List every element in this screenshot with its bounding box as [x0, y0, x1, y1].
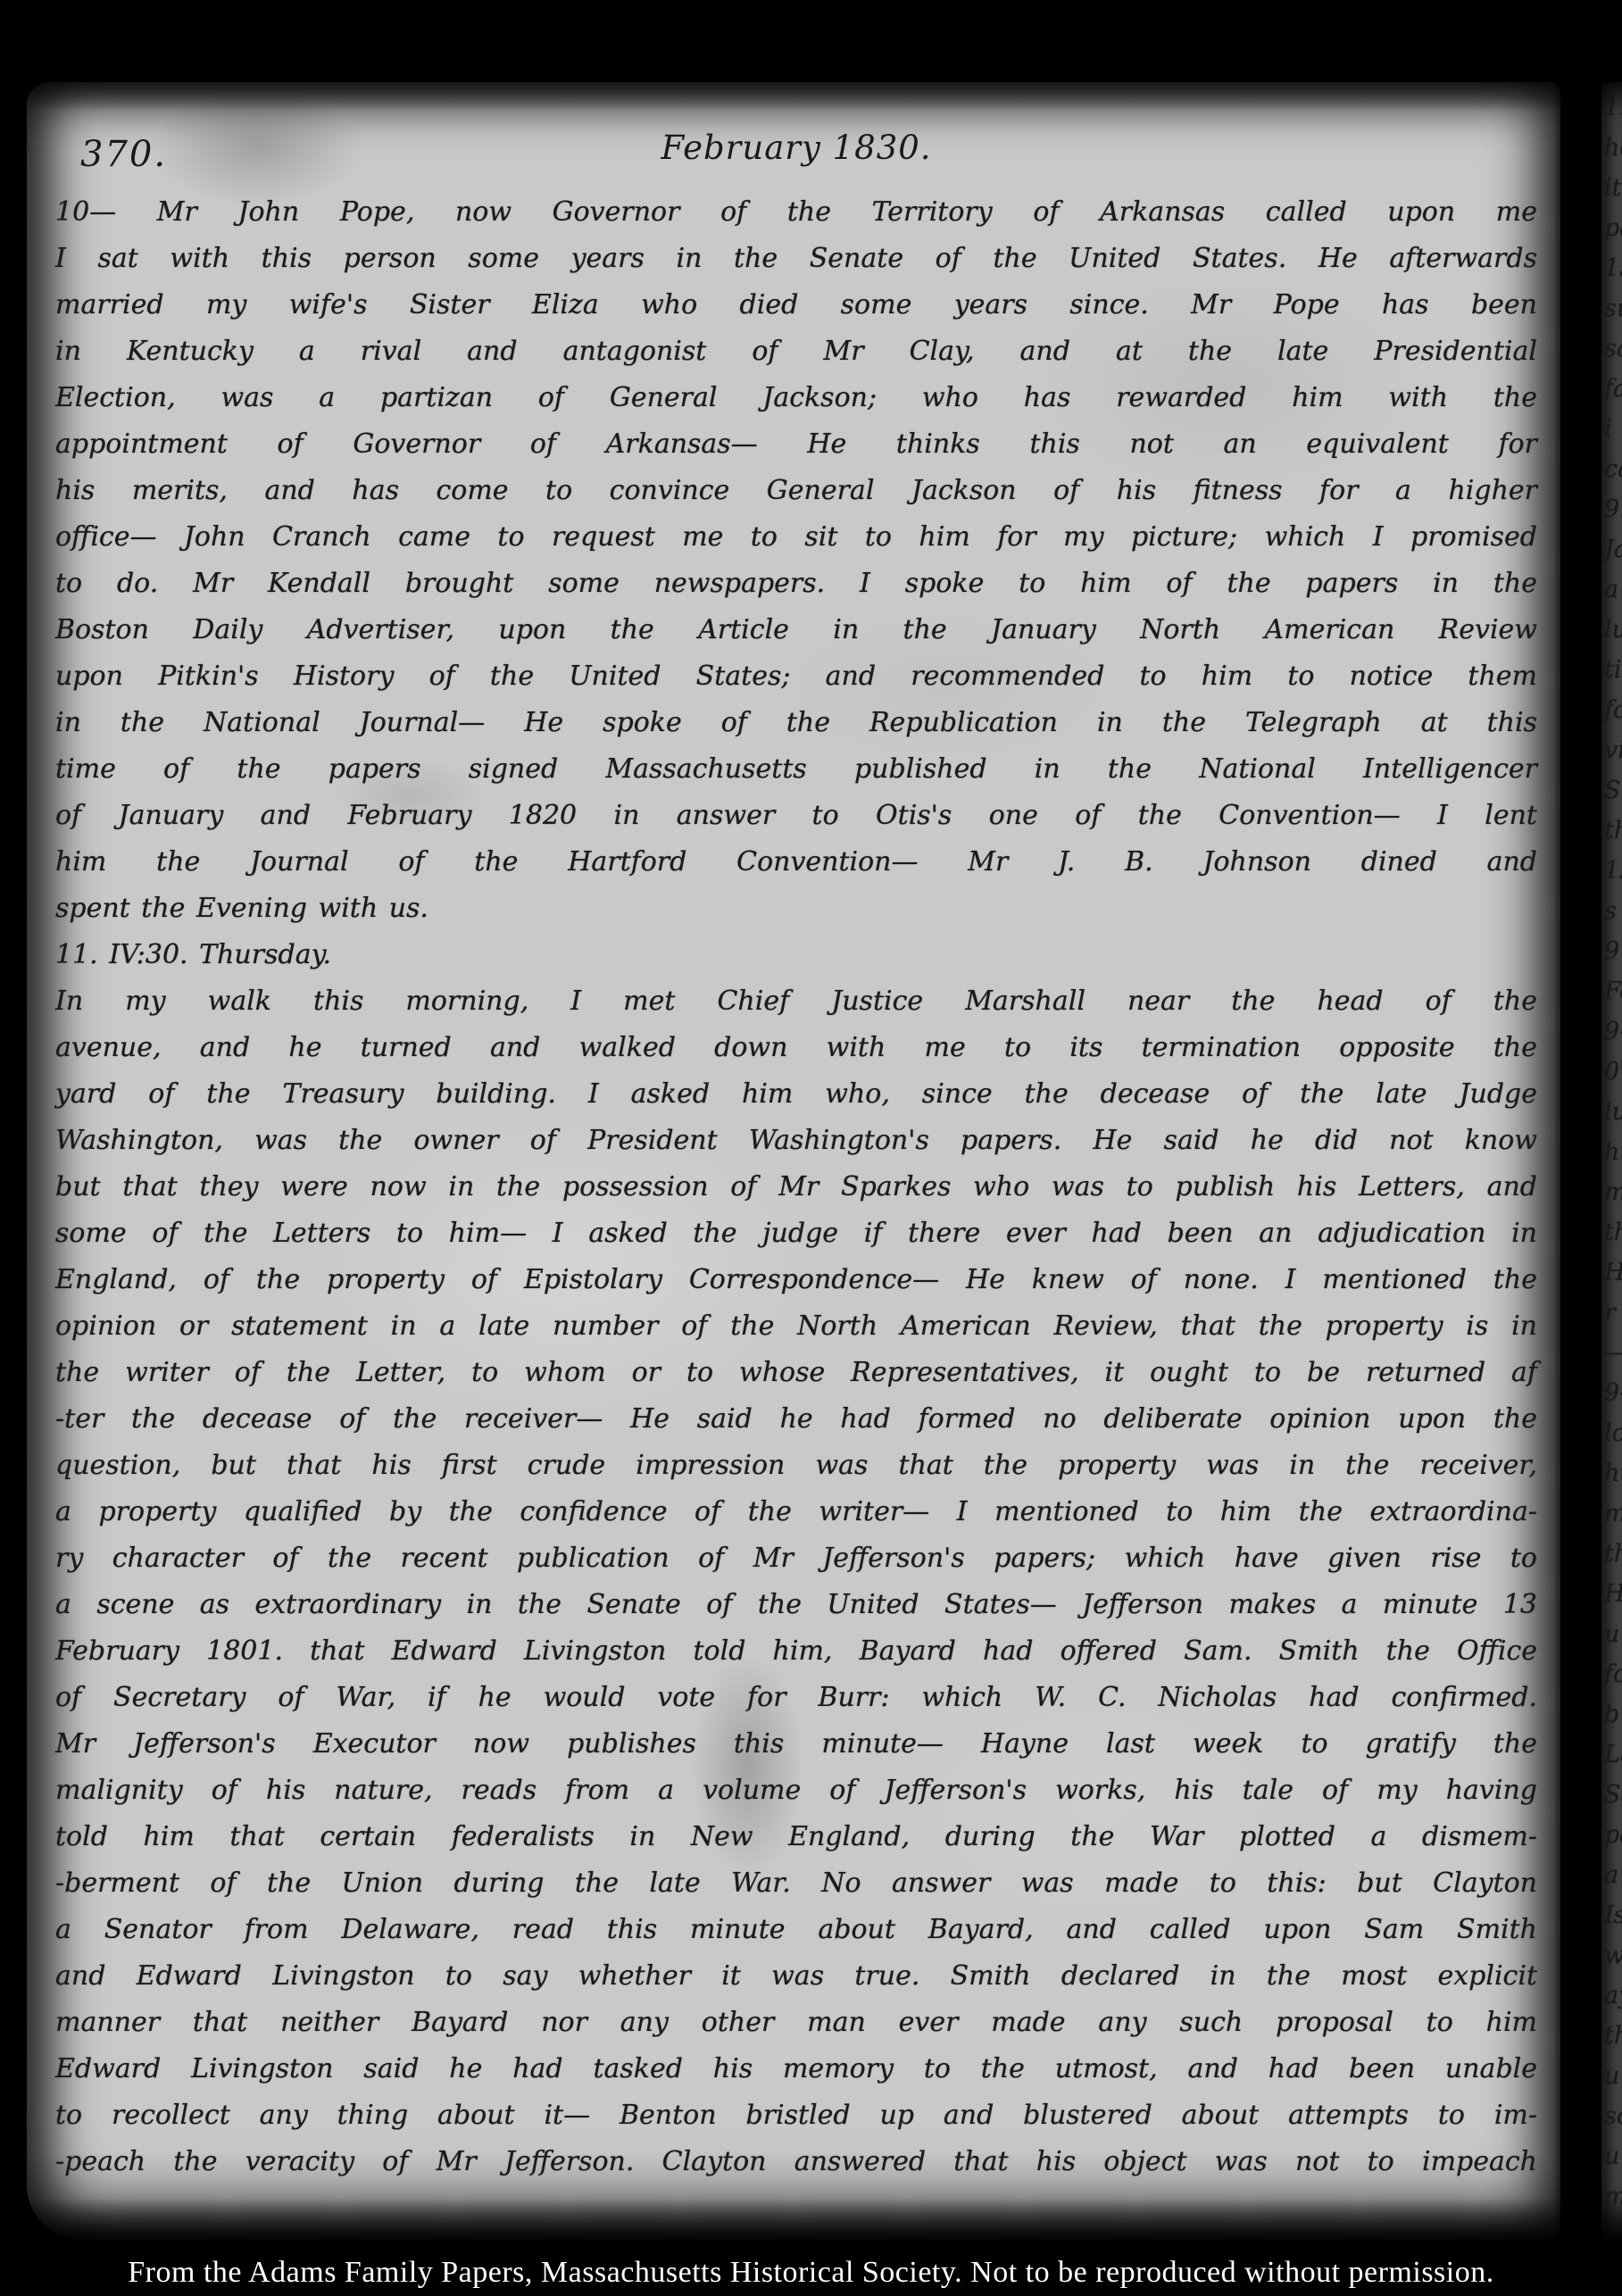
facing-line-fragment: th	[1601, 811, 1622, 851]
caption-text: From the Adams Family Papers, Massachuse…	[128, 2256, 1493, 2290]
manuscript-line: a Senator from Delaware, read this minut…	[55, 1907, 1537, 1953]
manuscript-line: time of the papers signed Massachusetts …	[55, 746, 1537, 793]
manuscript-line: question, but that his first crude impre…	[55, 1443, 1537, 1489]
facing-line-fragment: H	[1601, 1252, 1622, 1293]
facing-line-fragment: with	[1601, 1935, 1622, 1976]
facing-line-fragment: vi	[1601, 730, 1622, 770]
facing-line-fragment: He	[1601, 1574, 1622, 1614]
facing-line-fragment: 0'	[1601, 1052, 1622, 1092]
facing-line-fragment: Sa	[1601, 1775, 1622, 1815]
manuscript-line: upon Pitkin's History of the United Stat…	[55, 653, 1537, 700]
facing-line-fragment: m	[1601, 1172, 1622, 1212]
facing-line-fragment: to	[1601, 2217, 1622, 2241]
entry-heading-february-11: 11. IV:30. Thursday.	[55, 932, 1537, 978]
manuscript-line: to recollect any thing about it— Benton …	[55, 2092, 1537, 2139]
manuscript-line: Edward Livingston said he had tasked his…	[55, 2046, 1537, 2092]
facing-line-fragment: pa	[1601, 1815, 1622, 1855]
manuscript-line: in the National Journal— He spoke of the…	[55, 700, 1537, 746]
facing-line-fragment: La	[1601, 1734, 1622, 1775]
manuscript-line: 10— Mr John Pope, now Governor of the Te…	[55, 189, 1537, 236]
manuscript-line: spent the Evening with us.	[55, 886, 1537, 932]
book-gutter	[1553, 0, 1607, 2250]
manuscript-line: England, of the property of Epistolary C…	[55, 1257, 1537, 1303]
facing-line-fragment: pa	[1601, 208, 1622, 248]
facing-line-fragment: th	[1601, 1534, 1622, 1574]
manuscript-line: Washington, was the owner of President W…	[55, 1118, 1537, 1164]
facing-line-fragment: a	[1601, 1855, 1622, 1895]
manuscript-line: his merits, and has come to convince Gen…	[55, 468, 1537, 514]
facing-line-fragment: 9—	[1601, 1011, 1622, 1052]
facing-line-fragment: i	[1601, 409, 1622, 449]
manuscript-line: office— John Cranch came to request me t…	[55, 514, 1537, 561]
manuscript-line: of January and February 1820 in answer t…	[55, 793, 1537, 839]
facing-line-fragment: m	[1601, 2176, 1622, 2217]
manuscript-line: appointment of Governor of Arkansas— He …	[55, 421, 1537, 468]
facing-line-fragment: Feb	[1601, 971, 1622, 1011]
manuscript-scan: 370. February 1830. 10— Mr John Pope, no…	[0, 0, 1622, 2296]
facing-line-fragment: lu	[1601, 610, 1622, 650]
facing-line-fragment: for	[1601, 690, 1622, 730]
facing-line-fragment: Ja	[1601, 529, 1622, 570]
manuscript-line: In my walk this morning, I met Chief Jus…	[55, 978, 1537, 1025]
manuscript-line: in Kentucky a rival and antagonist of Mr…	[55, 329, 1537, 375]
facing-line-fragment: 9-	[1601, 1373, 1622, 1413]
facing-line-fragment: s	[1601, 891, 1622, 931]
facing-line-fragment: fa	[1601, 369, 1622, 409]
manuscript-line: Mr Jefferson's Executor now publishes th…	[55, 1721, 1537, 1768]
facing-line-fragment: St	[1601, 770, 1622, 811]
manuscript-line: told him that certain federalists in New…	[55, 1814, 1537, 1860]
manuscript-line: malignity of his nature, reads from a vo…	[55, 1768, 1537, 1814]
facing-line-fragment: u	[1601, 1614, 1622, 1654]
facing-line-fragment: —	[1601, 1333, 1622, 1373]
facing-line-fragment: su	[1601, 288, 1622, 329]
facing-line-fragment: tha	[1601, 2016, 1622, 2056]
diary-entry-february-10: 10— Mr John Pope, now Governor of the Te…	[55, 189, 1537, 932]
manuscript-line: and Edward Livingston to say whether it …	[55, 1953, 1537, 2000]
facing-line-fragment: a	[1601, 570, 1622, 610]
diary-entry-february-11: In my walk this morning, I met Chief Jus…	[55, 978, 1537, 2185]
manuscript-line: manner that neither Bayard nor any other…	[55, 2000, 1537, 2046]
facing-line-fragment: th	[1601, 1212, 1622, 1252]
manuscript-line: Boston Daily Advertiser, upon the Articl…	[55, 607, 1537, 653]
facing-line-fragment: it,	[1601, 168, 1622, 208]
manuscript-line: -ter the decease of the receiver— He sai…	[55, 1396, 1537, 1443]
manuscript-line: a property qualified by the confidence o…	[55, 1489, 1537, 1535]
manuscript-line: of Secretary of War, if he would vote fo…	[55, 1675, 1537, 1721]
manuscript-line: yard of the Treasury building. I asked h…	[55, 1071, 1537, 1118]
facing-line-fragment: u	[1601, 2056, 1622, 2096]
facing-line-fragment: u	[1601, 2136, 1622, 2176]
facing-line-fragment: 12	[1601, 851, 1622, 891]
facing-line-fragment: 9	[1601, 931, 1622, 971]
manuscript-line: ry character of the recent publication o…	[55, 1535, 1537, 1582]
facing-line-fragment: fo	[1601, 1654, 1622, 1694]
facing-line-fragment: sa	[1601, 329, 1622, 369]
facing-line-fragment: so	[1601, 2096, 1622, 2136]
facing-line-fragment: hu	[1601, 1453, 1622, 1493]
manuscript-line: him the Journal of the Hartford Conventi…	[55, 839, 1537, 886]
manuscript-line: -peach the veracity of Mr Jefferson. Cla…	[55, 2139, 1537, 2185]
facing-line-fragment: Isl	[1601, 1895, 1622, 1935]
facing-line-fragment: m	[1601, 1493, 1622, 1534]
manuscript-line: avenue, and he turned and walked down wi…	[55, 1025, 1537, 1071]
manuscript-line: some of the Letters to him— I asked the …	[55, 1210, 1537, 1257]
facing-line-fragment: ay	[1601, 1976, 1622, 2016]
facing-line-fragment: b	[1601, 1694, 1622, 1734]
manuscript-line: opinion or statement in a late number of…	[55, 1303, 1537, 1350]
facing-line-fragment: ho	[1601, 128, 1622, 168]
manuscript-line: the writer of the Letter, to whom or to …	[55, 1350, 1537, 1396]
manuscript-line: I sat with this person some years in the…	[55, 236, 1537, 282]
manuscript-line: married my wife's Sister Eliza who died …	[55, 282, 1537, 329]
facing-line-fragment: 9.	[1601, 489, 1622, 529]
facing-line-fragment: hu	[1601, 1132, 1622, 1172]
facing-line-fragment: tim	[1601, 650, 1622, 690]
facing-line-fragment: ca	[1601, 449, 1622, 489]
manuscript-line: -berment of the Union during the late Wa…	[55, 1860, 1537, 1907]
manuscript-line: February 1801. that Edward Livingston to…	[55, 1628, 1537, 1675]
manuscript-line: a scene as extraordinary in the Senate o…	[55, 1582, 1537, 1628]
facing-line-fragment: lo	[1601, 1413, 1622, 1453]
manuscript-line: to do. Mr Kendall brought some newspaper…	[55, 561, 1537, 607]
facing-line-fragment: lu	[1601, 1092, 1622, 1132]
facing-page-edge: 11.hoit,pa13.susafaica9.JaalutimforviStt…	[1601, 82, 1622, 2241]
facing-line-fragment: 13.	[1601, 248, 1622, 288]
facing-line-fragment: r	[1601, 1293, 1622, 1333]
diary-page: 370. February 1830. 10— Mr John Pope, no…	[27, 82, 1560, 2241]
header-date: February 1830.	[55, 129, 1537, 167]
manuscript-line: Election, was a partizan of General Jack…	[55, 375, 1537, 421]
manuscript-line: but that they were now in the possession…	[55, 1164, 1537, 1210]
caption-bar: From the Adams Family Papers, Massachuse…	[0, 2250, 1622, 2296]
page-header: 370. February 1830.	[55, 114, 1537, 189]
facing-line-fragment: 11.	[1601, 87, 1622, 128]
diary-page-content: 370. February 1830. 10— Mr John Pope, no…	[27, 82, 1560, 2241]
